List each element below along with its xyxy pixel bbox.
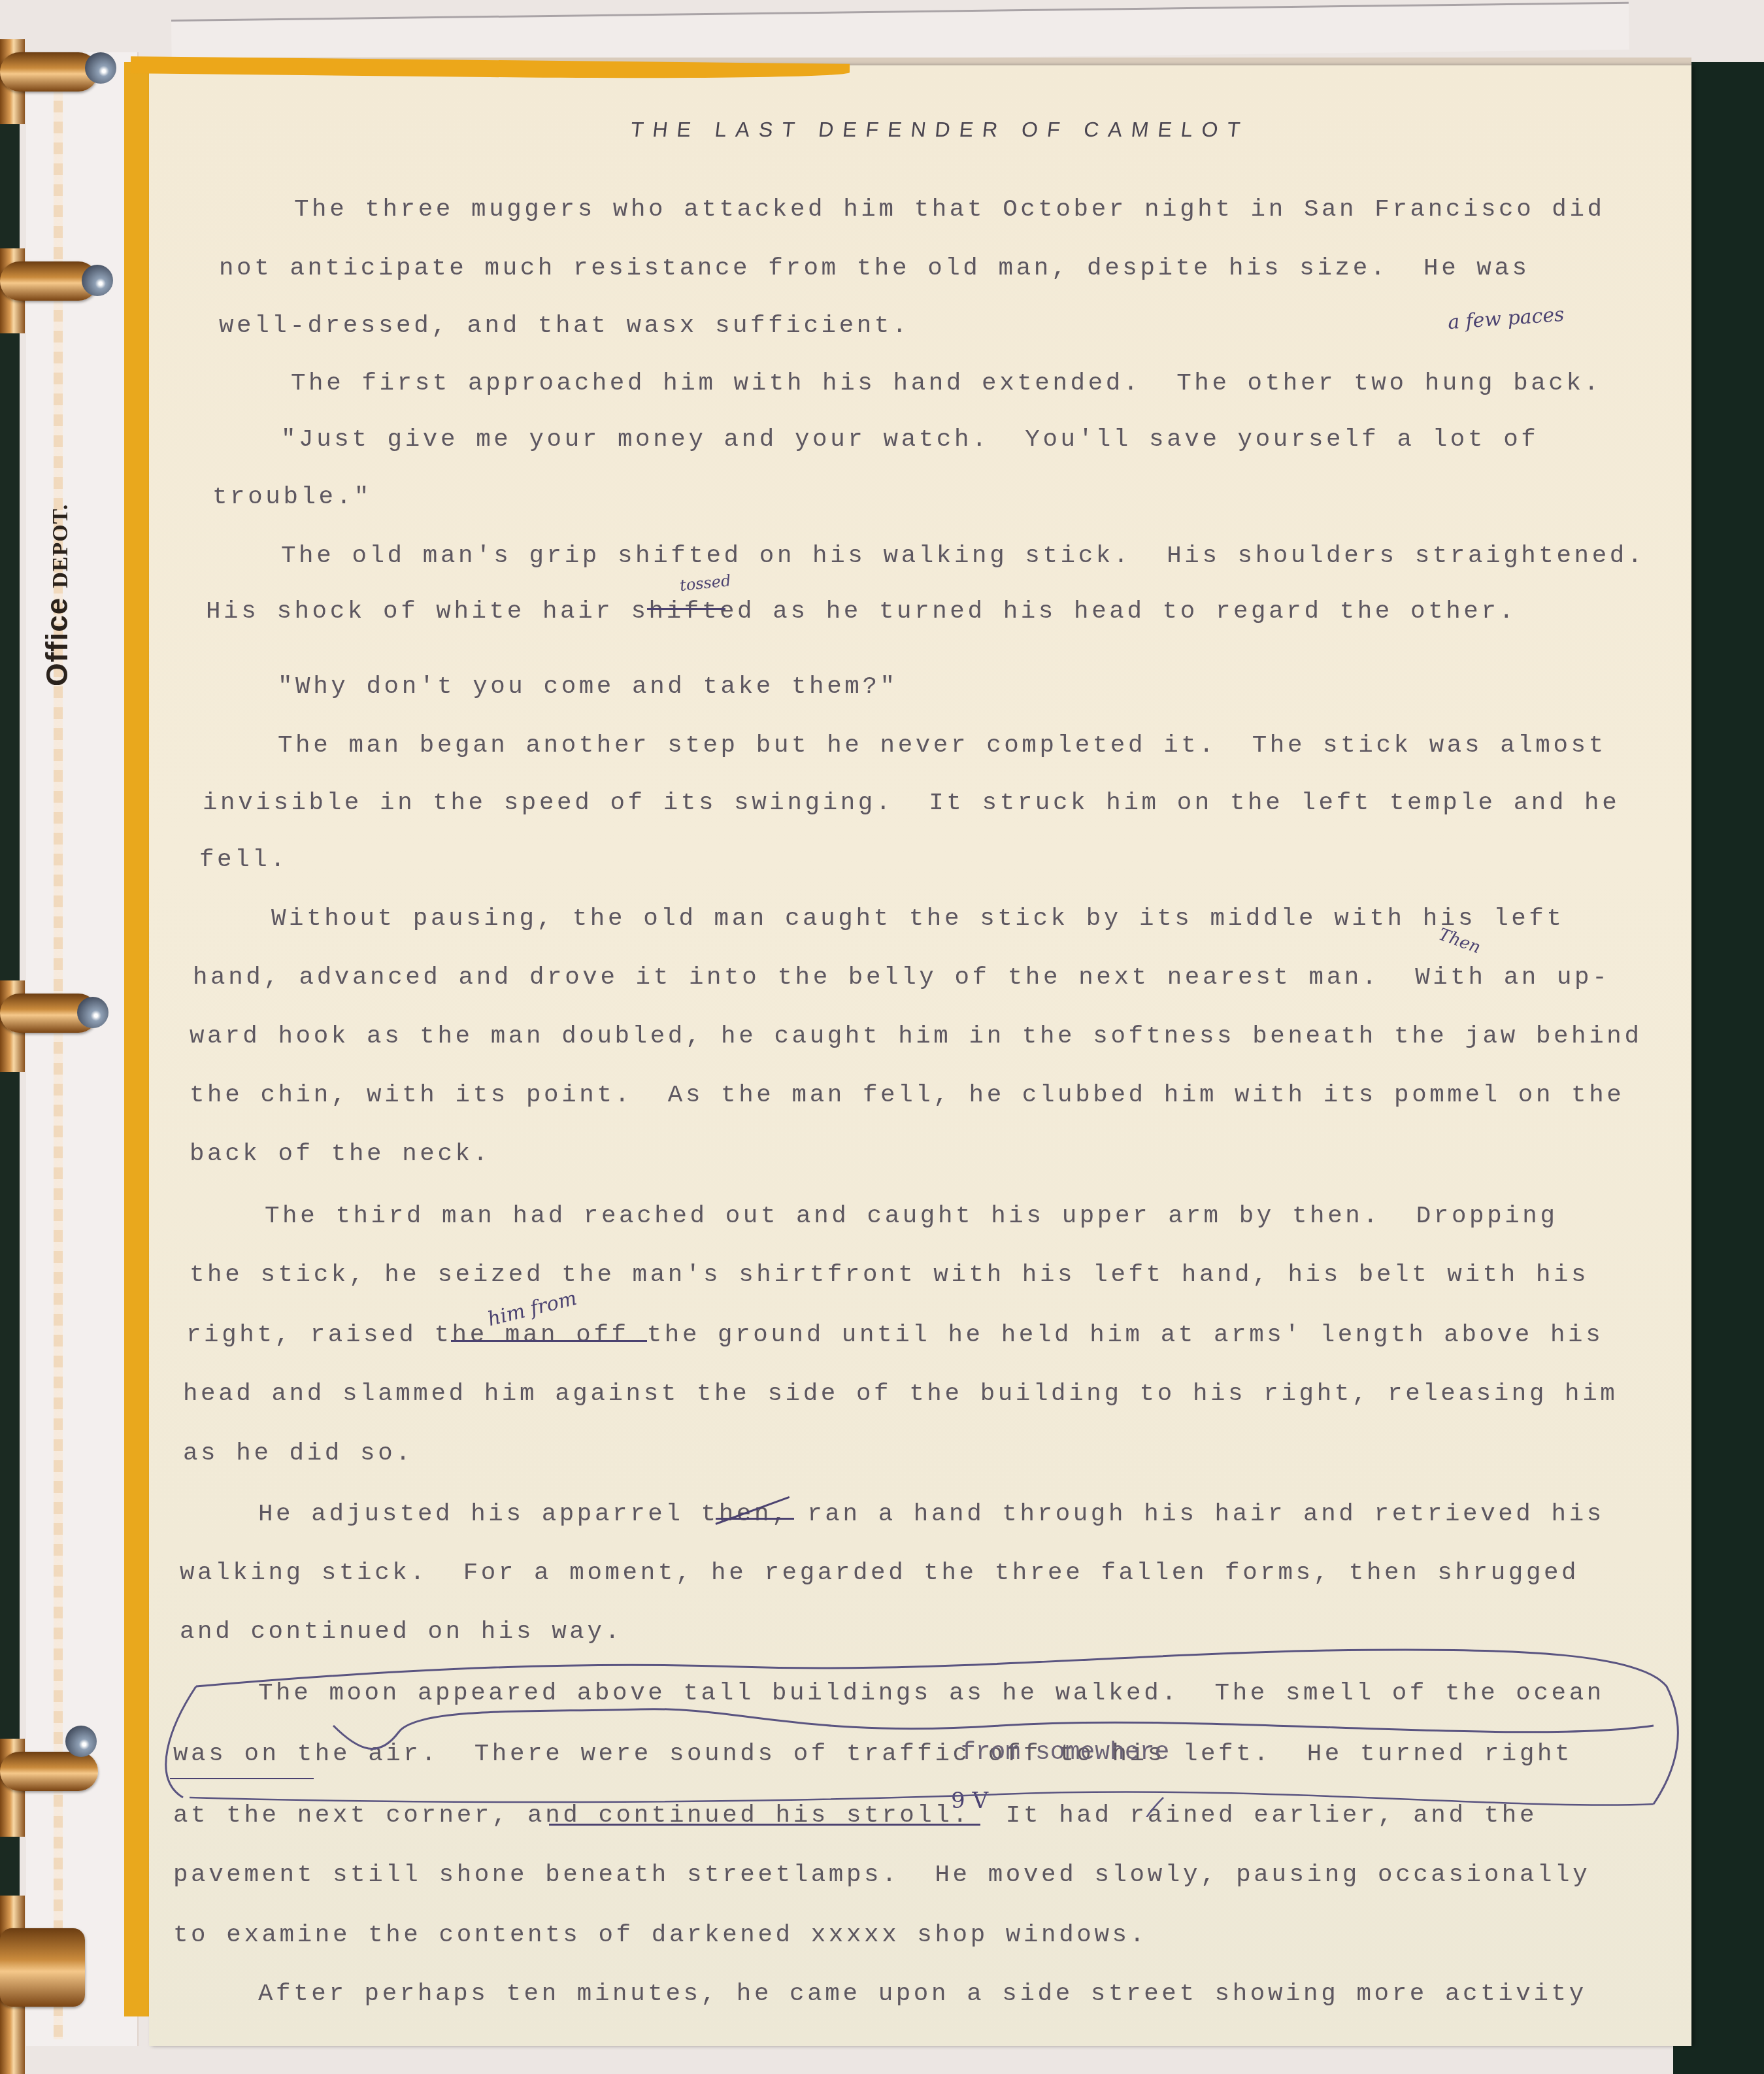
manuscript-line: "Why don't you come and take them?" [278,673,898,701]
underline-was-on-the-air [170,1778,314,1779]
manuscript-line: The moon appeared above tall buildings a… [258,1680,1605,1707]
manuscript-line: His shock of white hair shifted as he tu… [206,598,1517,626]
manuscript-line: Without pausing, the old man caught the … [271,905,1565,933]
manuscript-line: to examine the contents of darkened xxxx… [173,1922,1148,1949]
strikethrough-shifted [647,608,725,610]
manuscript-line: walking stick. For a moment, he regarded… [180,1560,1579,1587]
manuscript-line: He adjusted his apparrel then, ran a han… [258,1501,1605,1528]
ring-cap-icon [77,997,108,1028]
manuscript-line: The three muggers who attacked him that … [294,196,1605,224]
manuscript-line: trouble." [212,484,372,511]
binder-ring-bottom [0,1928,85,2007]
manuscript-line: The man began another step but he never … [278,732,1606,760]
manuscript-line: back of the neck. [190,1141,491,1168]
manuscript-line: right, raised the man off the ground unt… [186,1322,1603,1349]
manuscript-line: invisible in the speed of its swinging. … [203,790,1620,817]
strikethrough-continued-his-stroll [549,1824,980,1826]
manuscript-line: "Just give me your money and your watch.… [281,426,1539,454]
strikethrough-the-man-off [451,1340,647,1342]
manuscript-line: the chin, with its point. As the man fel… [190,1082,1624,1109]
brand-office: Office [40,597,74,686]
manuscript-line: as he did so. [183,1440,413,1467]
annotation-from-somewhere: from somewhere [961,1739,1169,1767]
manuscript-line: fell. [199,846,288,874]
binder-ring-top [0,52,98,92]
manuscript-line: The third man had reached out and caught… [265,1203,1558,1230]
yellow-sheet-edge [124,62,149,2016]
ring-cap-icon [82,265,113,296]
binder-ring-lower [0,1752,98,1791]
manuscript-line: head and slammed him against the side of… [183,1380,1618,1408]
strikethrough-then [716,1518,794,1520]
manuscript-line: not anticipate much resistance from the … [219,255,1530,282]
ring-cap-icon [65,1726,97,1757]
manuscript-line: hand, advanced and drove it into the bel… [193,964,1610,992]
manuscript-line: and continued on his way. [180,1618,623,1646]
manuscript-line: the stick, he seized the man's shirtfron… [190,1262,1589,1289]
binder-brand-label: Office DEPOT. [39,504,75,686]
manuscript-title: THE LAST DEFENDER OF CAMELOT [629,118,1250,142]
manuscript-line: The first approached him with his hand e… [291,370,1602,397]
annotation-insert-mark: 9 V [951,1788,988,1814]
sheet-protector-punch-edge [54,59,63,2039]
manuscript-line: After perhaps ten minutes, he came upon … [258,1981,1587,2008]
brand-depot: DEPOT. [48,504,73,588]
manuscript-line: well-dressed, and that wasx sufficient. [219,312,910,340]
ring-cap-icon [85,52,116,84]
manuscript-line: pavement still shone beneath streetlamps… [173,1862,1590,1889]
manuscript-line: The old man's grip shifted on his walkin… [281,543,1645,570]
manuscript-line: ward hook as the man doubled, he caught … [190,1023,1642,1050]
manuscript-line: was on the air. There were sounds of tra… [173,1741,1573,1768]
